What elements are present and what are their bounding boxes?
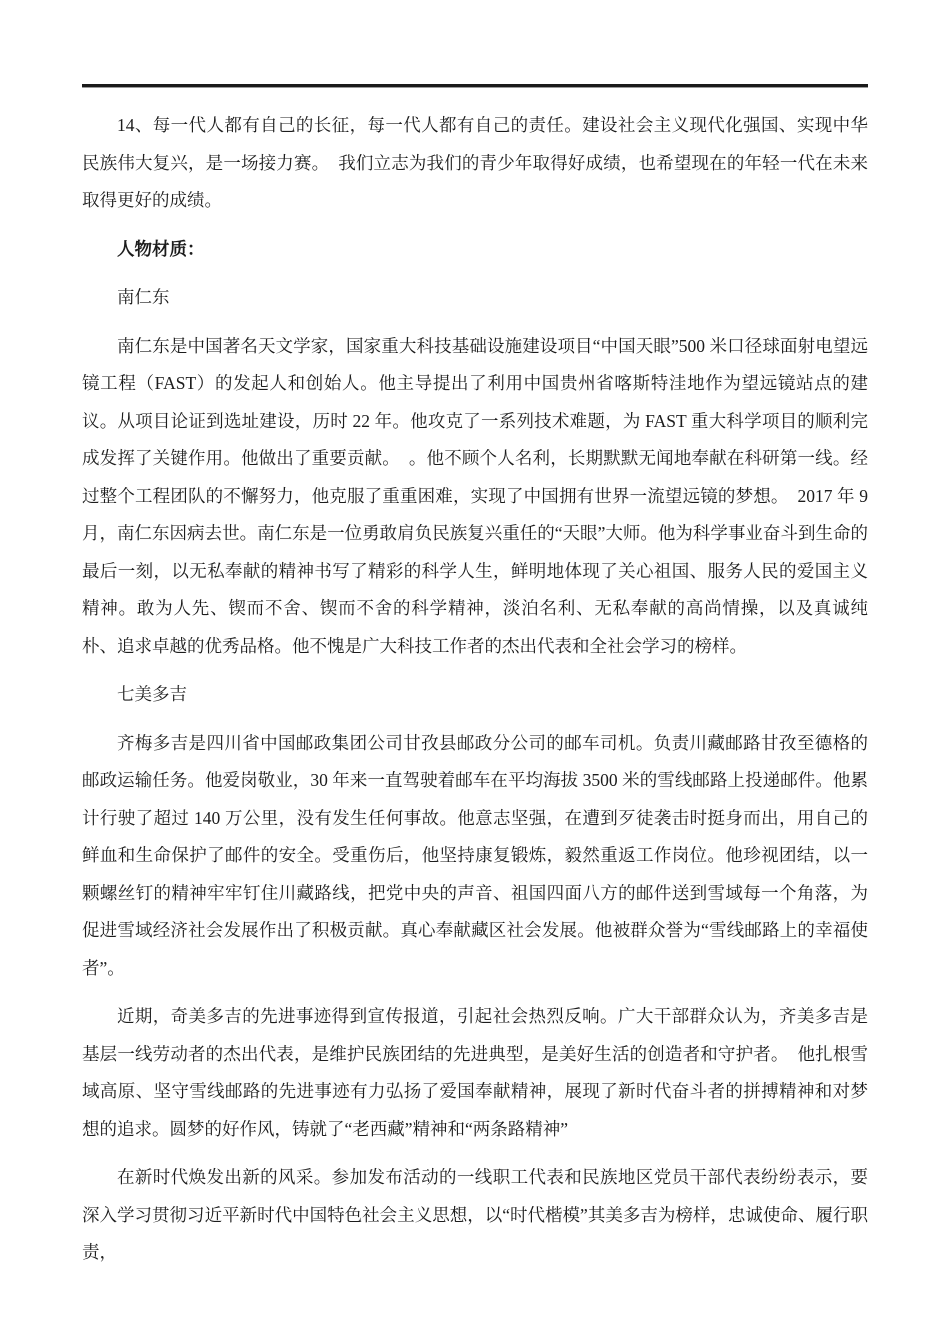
paragraph-qimei-duoji-bio: 齐梅多吉是四川省中国邮政集团公司甘孜县邮政分公司的邮车司机。负责川藏邮路甘孜至德…	[82, 725, 868, 988]
document-page: 14、每一代人都有自己的长征，每一代人都有自己的责任。建设社会主义现代化强国、实…	[0, 0, 950, 1344]
paragraph-media-coverage: 近期，奇美多吉的先进事迹得到宣传报道，引起社会热烈反响。广大干部群众认为，齐美多…	[82, 998, 868, 1148]
name-line-nan-rendong: 南仁东	[82, 279, 868, 317]
document-body: 14、每一代人都有自己的长征，每一代人都有自己的责任。建设社会主义现代化强国、实…	[82, 107, 868, 1283]
paragraph-point-14: 14、每一代人都有自己的长征，每一代人都有自己的责任。建设社会主义现代化强国、实…	[82, 107, 868, 220]
name-line-qimei-duoji: 七美多吉	[82, 676, 868, 714]
header-divider-rule	[82, 84, 868, 88]
section-heading-character-materials: 人物材质：	[82, 231, 868, 269]
paragraph-new-era: 在新时代焕发出新的风采。参加发布活动的一线职工代表和民族地区党员干部代表纷纷表示…	[82, 1159, 868, 1272]
paragraph-nan-rendong-bio: 南仁东是中国著名天文学家，国家重大科技基础设施建设项目“中国天眼”500 米口径…	[82, 328, 868, 666]
